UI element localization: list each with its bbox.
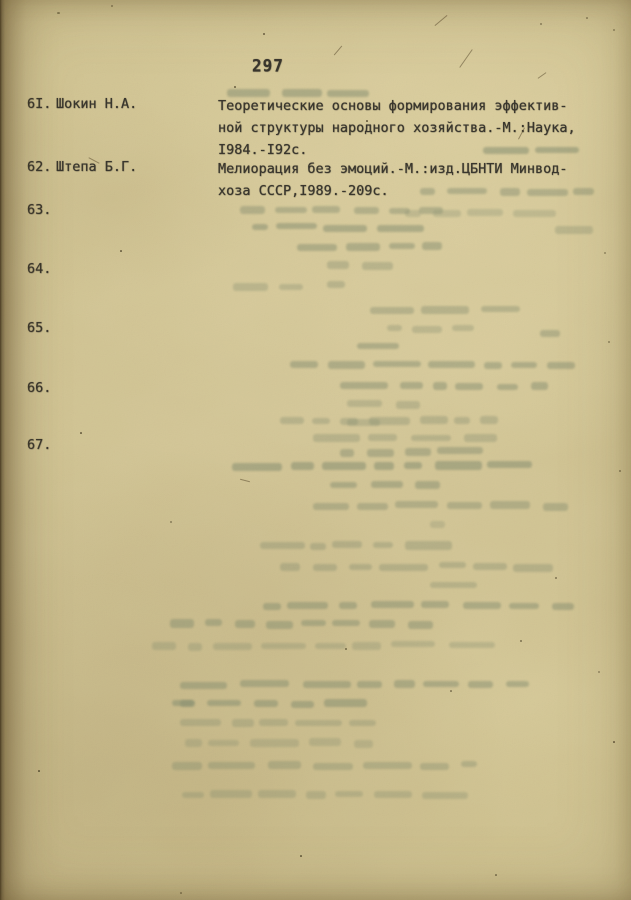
entry-number: 62.	[27, 159, 51, 175]
bleedthrough-line	[430, 287, 466, 297]
bleedthrough-line	[280, 562, 565, 572]
paper-speck	[180, 892, 182, 894]
paper-speck	[613, 29, 615, 31]
paper-fiber	[435, 15, 448, 26]
entry-reference-line: хоза СССР,I989.-209с.	[218, 181, 568, 203]
bleedthrough-line	[347, 400, 472, 410]
paper-speck	[111, 5, 113, 7]
entry-author: Штепа Б.Г.	[56, 159, 137, 175]
paper-speck	[608, 341, 610, 343]
bleedthrough-line	[313, 501, 578, 511]
paper-speck	[520, 640, 522, 642]
bleedthrough-line	[180, 718, 390, 728]
bleedthrough-line	[340, 382, 560, 392]
paper-speck	[555, 577, 557, 579]
bleedthrough-line	[327, 261, 422, 271]
bleedthrough-line	[240, 206, 490, 216]
bleedthrough-line	[430, 519, 490, 529]
bleedthrough-line	[170, 619, 450, 629]
bleedthrough-line	[172, 761, 522, 771]
entry-number: 67.	[27, 437, 51, 453]
page-number: 297	[252, 55, 284, 75]
paper-speck	[170, 521, 172, 523]
paper-speck	[345, 648, 347, 650]
scanned-document-page: 297 6I.Шокин Н.А.Теоретические основы фо…	[0, 0, 631, 900]
bleedthrough-line	[340, 447, 500, 457]
paper-speck	[613, 741, 615, 743]
paper-speck	[234, 86, 236, 88]
paper-speck	[38, 770, 40, 772]
bleedthrough-line	[252, 223, 467, 233]
entry-reference-line: Мелиорация без эмоций.-М.:изд.ЦБНТИ Минв…	[218, 159, 568, 181]
paper-fiber	[459, 49, 472, 68]
bleedthrough-line	[405, 208, 590, 218]
bleedthrough-line	[263, 601, 593, 611]
entry-number: 64.	[27, 261, 51, 277]
bleedthrough-line	[387, 324, 509, 334]
bleedthrough-line	[540, 330, 580, 340]
bleedthrough-line	[182, 790, 502, 800]
bleedthrough-line	[180, 680, 550, 690]
bleedthrough-line	[152, 641, 522, 651]
bleedthrough-line	[297, 242, 467, 252]
entry-number: 6I.	[27, 96, 51, 112]
entry-author: Шокин Н.А.	[56, 96, 137, 112]
paper-fiber	[240, 479, 250, 483]
paper-speck	[540, 23, 542, 25]
bleedthrough-line	[555, 224, 615, 234]
bleedthrough-line	[233, 283, 313, 293]
paper-fiber	[538, 72, 547, 79]
entry-reference: Мелиорация без эмоций.-М.:изд.ЦБНТИ Минв…	[218, 159, 568, 203]
entry-number: 63.	[27, 202, 51, 218]
paper-speck	[598, 671, 600, 673]
bleedthrough-line	[370, 305, 555, 315]
paper-speck	[619, 470, 621, 472]
bleedthrough-line	[313, 433, 513, 443]
paper-speck	[495, 874, 497, 876]
paper-speck	[120, 250, 122, 252]
paper-speck	[80, 432, 82, 434]
paper-speck	[57, 12, 60, 14]
entry-reference: Теоретические основы формирования эффект…	[218, 96, 576, 162]
entry-number: 65.	[27, 320, 51, 336]
paper-speck	[450, 690, 452, 692]
paper-speck	[300, 855, 302, 857]
bleedthrough-line	[290, 360, 610, 370]
bleedthrough-line	[430, 581, 515, 591]
bleedthrough-line	[357, 342, 439, 352]
entry-reference-line: Теоретические основы формирования эффект…	[218, 96, 576, 118]
paper-fiber	[334, 46, 342, 56]
entry-number: 66.	[27, 380, 51, 396]
paper-speck	[586, 17, 588, 19]
book-spine-shadow	[0, 0, 26, 900]
bleedthrough-line	[185, 738, 390, 748]
bleedthrough-line	[232, 461, 547, 471]
bleedthrough-line	[330, 480, 465, 490]
paper-speck	[604, 252, 606, 254]
paper-speck	[263, 33, 265, 35]
bleedthrough-line	[280, 416, 530, 426]
bleedthrough-line	[260, 541, 475, 551]
entry-reference-line: ной структуры народного хозяйства.-М.:На…	[218, 118, 576, 140]
bleedthrough-line	[172, 699, 382, 709]
